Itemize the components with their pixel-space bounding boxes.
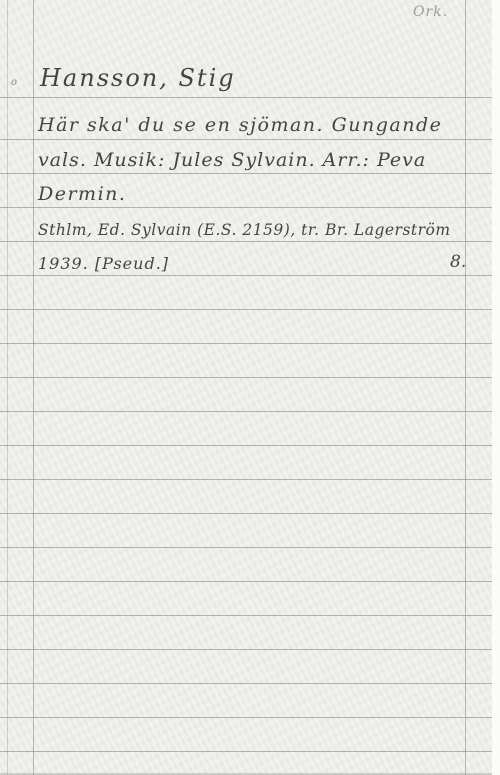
left-margin-rule xyxy=(33,0,34,775)
corner-note-ork: Ork. xyxy=(413,4,448,20)
right-margin-rule xyxy=(465,0,466,775)
card-heading-author: Hansson, Stig xyxy=(40,64,236,92)
scan-background-strip xyxy=(492,0,500,775)
catalog-card-scan: Ork. o Hansson, Stig Här ska' du se en s… xyxy=(0,0,500,775)
imprint-line: Sthlm, Ed. Sylvain (E.S. 2159), tr. Br. … xyxy=(38,221,451,239)
header-rule-line xyxy=(0,97,492,98)
title-line-1: Här ska' du se en sjöman. Gungande xyxy=(38,114,442,136)
title-line-3: Dermin. xyxy=(38,183,126,205)
year-pseudonym-line: 1939. [Pseud.] xyxy=(38,254,169,273)
page-number: 8. xyxy=(450,252,466,272)
margin-mark: o xyxy=(11,77,17,88)
title-line-2: vals. Musik: Jules Sylvain. Arr.: Peva xyxy=(38,149,426,171)
